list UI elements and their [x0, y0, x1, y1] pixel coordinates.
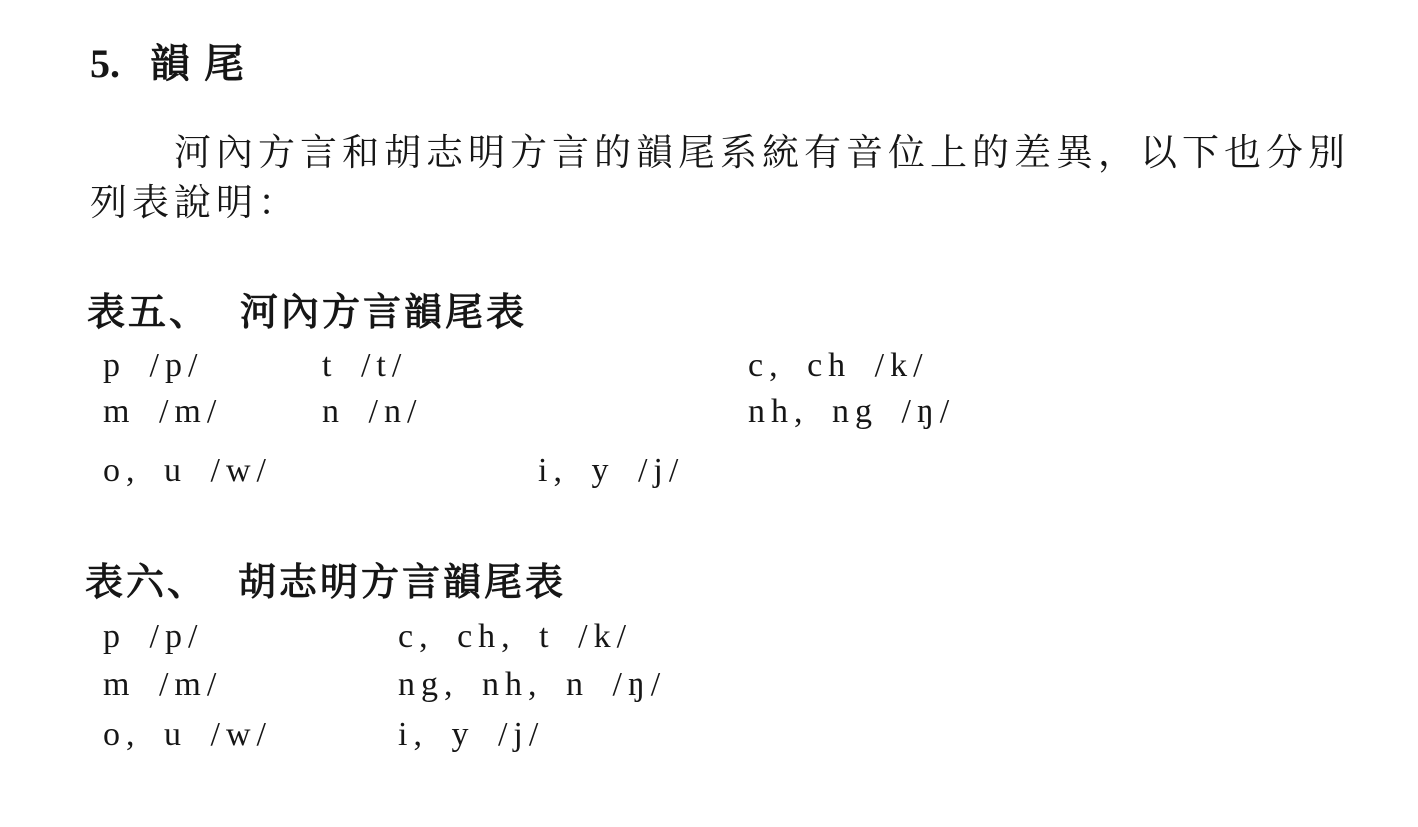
table-five-cell: p /p/	[103, 347, 203, 385]
table-six-cell: o, u /w/	[103, 716, 272, 754]
table-six-cell: p /p/	[103, 618, 203, 656]
paragraph-line-1: 河內方言和胡志明方言的韻尾系統有音位上的差異，以下也分別	[90, 122, 1350, 176]
table-five-cell: c, ch /k/	[748, 347, 929, 385]
table-five-cell: m /m/	[103, 393, 222, 431]
table-five-caption-title: 河內方言韻尾表	[240, 292, 527, 334]
table-five-cell: o, u /w/	[103, 452, 272, 490]
document-page: 5.韻尾 河內方言和胡志明方言的韻尾系統有音位上的差異，以下也分別 列表說明： …	[0, 0, 1418, 827]
table-six-cell: ng, nh, n /ŋ/	[398, 666, 666, 704]
table-five-cell: t /t/	[322, 347, 407, 385]
table-six-cell: m /m/	[103, 666, 222, 704]
table-five-caption: 表五、河內方言韻尾表	[87, 281, 527, 336]
table-five-cell: i, y /j/	[538, 452, 684, 490]
section-heading: 5.韻尾	[90, 32, 258, 89]
table-five-cell: n /n/	[322, 393, 422, 431]
table-five-cell: nh, ng /ŋ/	[748, 393, 955, 431]
table-five-caption-label: 表五、	[87, 292, 210, 334]
table-six-cell: i, y /j/	[398, 716, 544, 754]
table-six-caption-label: 表六、	[85, 562, 208, 604]
table-six-caption-title: 胡志明方言韻尾表	[238, 562, 566, 604]
section-title: 韻尾	[150, 32, 258, 89]
paragraph-line-2: 列表說明：	[90, 172, 300, 226]
table-six-caption: 表六、胡志明方言韻尾表	[85, 551, 566, 606]
table-six-cell: c, ch, t /k/	[398, 618, 632, 656]
section-number: 5.	[90, 40, 120, 87]
